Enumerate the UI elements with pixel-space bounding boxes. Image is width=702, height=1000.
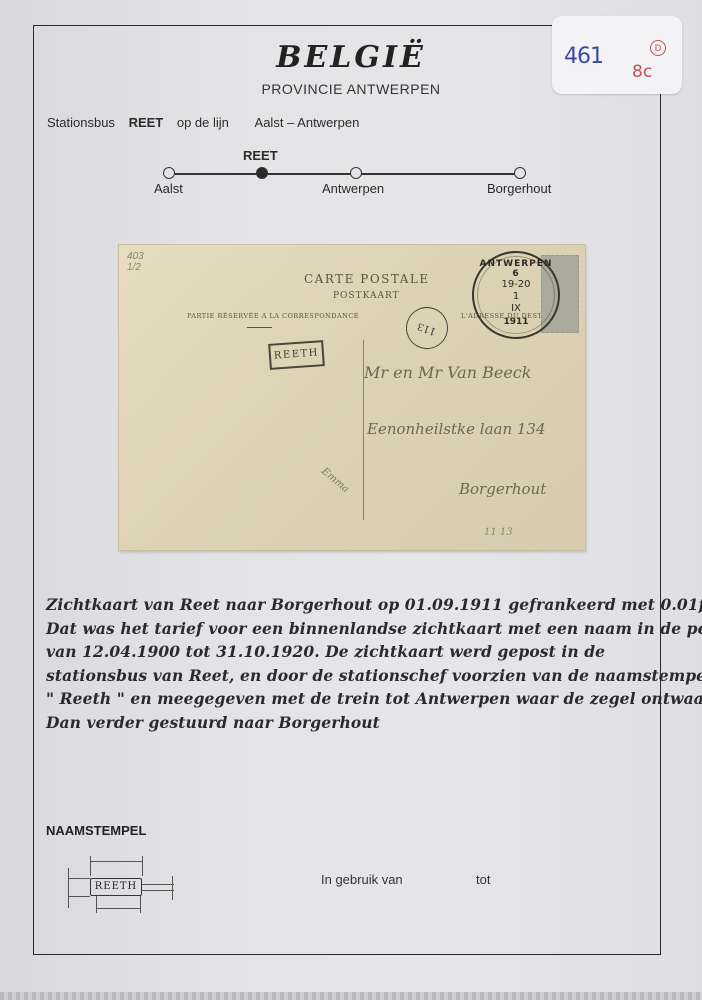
signature: Emma <box>319 466 351 495</box>
postcard-subtitle: POSTKAART <box>333 291 400 301</box>
description-line: Dan verder gestuurd naar Borgerhout <box>46 711 666 735</box>
in-use-from-label: In gebruik van <box>321 872 403 887</box>
postcard-image: 403 1/2 CARTE POSTALE POSTKAART PARTIE R… <box>119 245 585 550</box>
description-line: Dat was het tarief voor een binnenlandse… <box>46 617 666 641</box>
postmark-antwerpen: ANTWERPEN 6 19-20 1 IX 1911 <box>472 251 560 339</box>
stop-label-antwerpen: Antwerpen <box>322 181 384 196</box>
bottom-pencil-note: 11 13 <box>484 527 513 538</box>
postcard-title: CARTE POSTALE <box>304 272 430 286</box>
station-middle: op de lijn <box>177 115 229 130</box>
description-line: stationsbus van Reet, en door de station… <box>46 664 666 688</box>
station-prefix: Stationsbus <box>47 115 115 130</box>
sheet-protector-edge <box>0 992 702 1000</box>
in-use-to-label: tot <box>476 872 490 887</box>
divider-dash <box>247 327 272 328</box>
station-line: Stationsbus REET op de lijn Aalst – Antw… <box>47 115 369 130</box>
circle-mark: D <box>650 40 666 56</box>
stop-label-borgerhout: Borgerhout <box>487 181 551 196</box>
station-name: REET <box>129 115 164 130</box>
naamstempel-box: REETH <box>90 878 142 896</box>
stop-aalst <box>163 167 175 179</box>
inventory-label: 461 D 8c <box>552 16 682 94</box>
description-line: van 12.04.1900 tot 31.10.1920. De zichtk… <box>46 640 666 664</box>
description-line: Zichtkaart van Reet naar Borgerhout op 0… <box>46 593 666 617</box>
route-diagram: REET Aalst Antwerpen Borgerhout <box>0 140 702 200</box>
station-route: Aalst – Antwerpen <box>255 115 360 130</box>
correspondence-label: PARTIE RÉSERVÉE A LA CORRESPONDANCE <box>187 312 359 320</box>
stop-borgerhout <box>514 167 526 179</box>
pencil-note: 403 1/2 <box>127 251 144 273</box>
description-line: " Reeth " en meegegeven met de trein tot… <box>46 687 666 711</box>
naamstempel-heading: NAAMSTEMPEL <box>46 823 146 838</box>
description-text: Zichtkaart van Reet naar Borgerhout op 0… <box>46 593 666 735</box>
address-line-1: Mr en Mr Van Beeck <box>364 363 531 382</box>
inventory-code: 8c <box>632 62 652 82</box>
current-stop-label: REET <box>243 148 278 163</box>
address-line-2: Eenonheilstke laan 134 <box>367 420 546 438</box>
route-line <box>175 173 520 175</box>
stop-antwerpen <box>350 167 362 179</box>
small-circular-stamp: 113 <box>400 301 454 355</box>
stop-label-aalst: Aalst <box>154 181 183 196</box>
name-stamp-reeth: REETH <box>268 340 325 370</box>
stop-reet-current <box>256 167 268 179</box>
address-line-3: Borgerhout <box>459 480 546 498</box>
inventory-number: 461 <box>564 44 603 69</box>
naamstempel-drawing: REETH <box>60 850 185 920</box>
